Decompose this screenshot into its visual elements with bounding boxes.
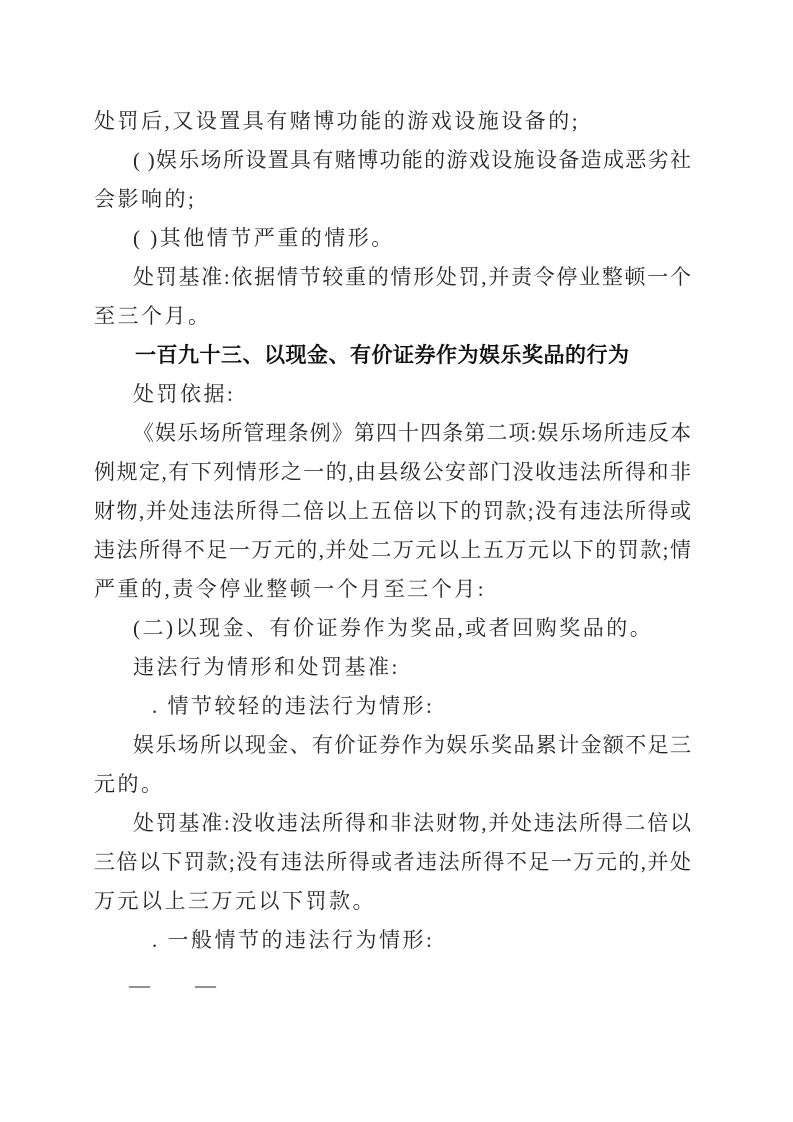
body-line: 处罚依据: (94, 375, 692, 414)
body-line: 财物,并处违法所得二倍以上五倍以下的罚款;没有违法所得或者 (94, 492, 692, 531)
body-line: 《娱乐场所管理条例》第四十四条第二项:娱乐场所违反本条 (94, 414, 692, 453)
body-line: . 情节较轻的违法行为情形: (94, 687, 692, 726)
body-line: 至三个月。 (94, 297, 692, 336)
section-heading: 一百九十三、以现金、有价证券作为娱乐奖品的行为 (94, 336, 692, 375)
body-line: 严重的,责令停业整顿一个月至三个月: (94, 570, 692, 609)
page-footer: —— (129, 966, 216, 1005)
text-block: 处罚后,又设置具有赌博功能的游戏设施设备的; ( )娱乐场所设置具有赌博功能的游… (94, 102, 692, 960)
body-line: 万元以上三万元以下罚款。 (94, 882, 692, 921)
footer-dash-left: — (129, 973, 150, 997)
body-line: (二)以现金、有价证券作为奖品,或者回购奖品的。 (94, 609, 692, 648)
body-line: 处罚后,又设置具有赌博功能的游戏设施设备的; (94, 102, 692, 141)
body-line: ( )其他情节严重的情形。 (94, 219, 692, 258)
body-line: . 一般情节的违法行为情形: (94, 921, 692, 960)
document-page: 处罚后,又设置具有赌博功能的游戏设施设备的; ( )娱乐场所设置具有赌博功能的游… (0, 0, 793, 1122)
body-line: 违法行为情形和处罚基准: (94, 648, 692, 687)
body-line: ( )娱乐场所设置具有赌博功能的游戏设施设备造成恶劣社 (94, 141, 692, 180)
body-line: 例规定,有下列情形之一的,由县级公安部门没收违法所得和非法 (94, 453, 692, 492)
body-line: 娱乐场所以现金、有价证券作为娱乐奖品累计金额不足三千 (94, 726, 692, 765)
footer-dash-right: — (195, 973, 216, 997)
body-line: 处罚基准:依据情节较重的情形处罚,并责令停业整顿一个月 (94, 258, 692, 297)
body-line: 处罚基准:没收违法所得和非法财物,并处违法所得二倍以上 (94, 804, 692, 843)
body-line: 会影响的; (94, 180, 692, 219)
body-line: 违法所得不足一万元的,并处二万元以上五万元以下的罚款;情节 (94, 531, 692, 570)
body-line: 三倍以下罚款;没有违法所得或者违法所得不足一万元的,并处二 (94, 843, 692, 882)
body-line: 元的。 (94, 765, 692, 804)
